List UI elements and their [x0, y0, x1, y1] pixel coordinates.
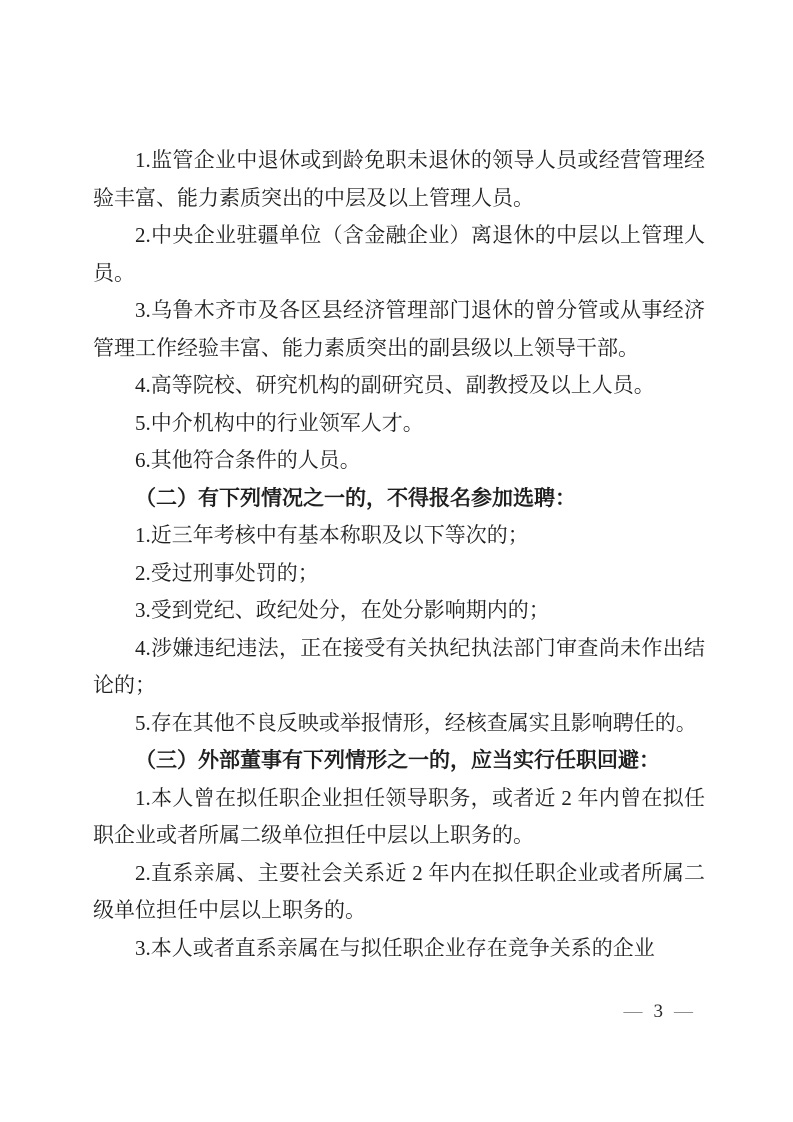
paragraph: 5.存在其他不良反映或举报情形，经核查属实且影响聘任的。: [93, 705, 705, 743]
section-heading: （三）外部董事有下列情形之一的，应当实行任职回避：: [93, 742, 705, 780]
page-footer: —3—: [624, 1001, 694, 1023]
footer-dash-right: —: [674, 1001, 693, 1022]
paragraph: 3.受到党纪、政纪处分，在处分影响期内的；: [93, 592, 705, 630]
paragraph: 4.高等院校、研究机构的副研究员、副教授及以上人员。: [93, 367, 705, 405]
paragraph: 2.直系亲属、主要社会关系近 2 年内在拟任职企业或者所属二级单位担任中层以上职…: [93, 855, 705, 930]
paragraph: 6.其他符合条件的人员。: [93, 442, 705, 480]
paragraph: 5.中介机构中的行业领军人才。: [93, 405, 705, 443]
document-body: 1.监管企业中退休或到龄免职未退休的领导人员或经营管理经验丰富、能力素质突出的中…: [93, 142, 705, 967]
paragraph: 1.近三年考核中有基本称职及以下等次的；: [93, 517, 705, 555]
paragraph: 3.本人或者直系亲属在与拟任职企业存在竞争关系的企业: [93, 930, 705, 968]
paragraph: 1.监管企业中退休或到龄免职未退休的领导人员或经营管理经验丰富、能力素质突出的中…: [93, 142, 705, 217]
section-heading: （二）有下列情况之一的，不得报名参加选聘：: [93, 480, 705, 518]
footer-dash-left: —: [624, 1001, 643, 1022]
document-page: 1.监管企业中退休或到龄免职未退休的领导人员或经营管理经验丰富、能力素质突出的中…: [0, 0, 793, 1122]
paragraph: 2.受过刑事处罚的；: [93, 555, 705, 593]
paragraph: 4.涉嫌违纪违法，正在接受有关执纪执法部门审查尚未作出结论的；: [93, 630, 705, 705]
page-number: 3: [654, 1001, 664, 1022]
paragraph: 1.本人曾在拟任职企业担任领导职务，或者近 2 年内曾在拟任职企业或者所属二级单…: [93, 780, 705, 855]
paragraph: 3.乌鲁木齐市及各区县经济管理部门退休的曾分管或从事经济管理工作经验丰富、能力素…: [93, 292, 705, 367]
paragraph: 2.中央企业驻疆单位（含金融企业）离退休的中层以上管理人员。: [93, 217, 705, 292]
